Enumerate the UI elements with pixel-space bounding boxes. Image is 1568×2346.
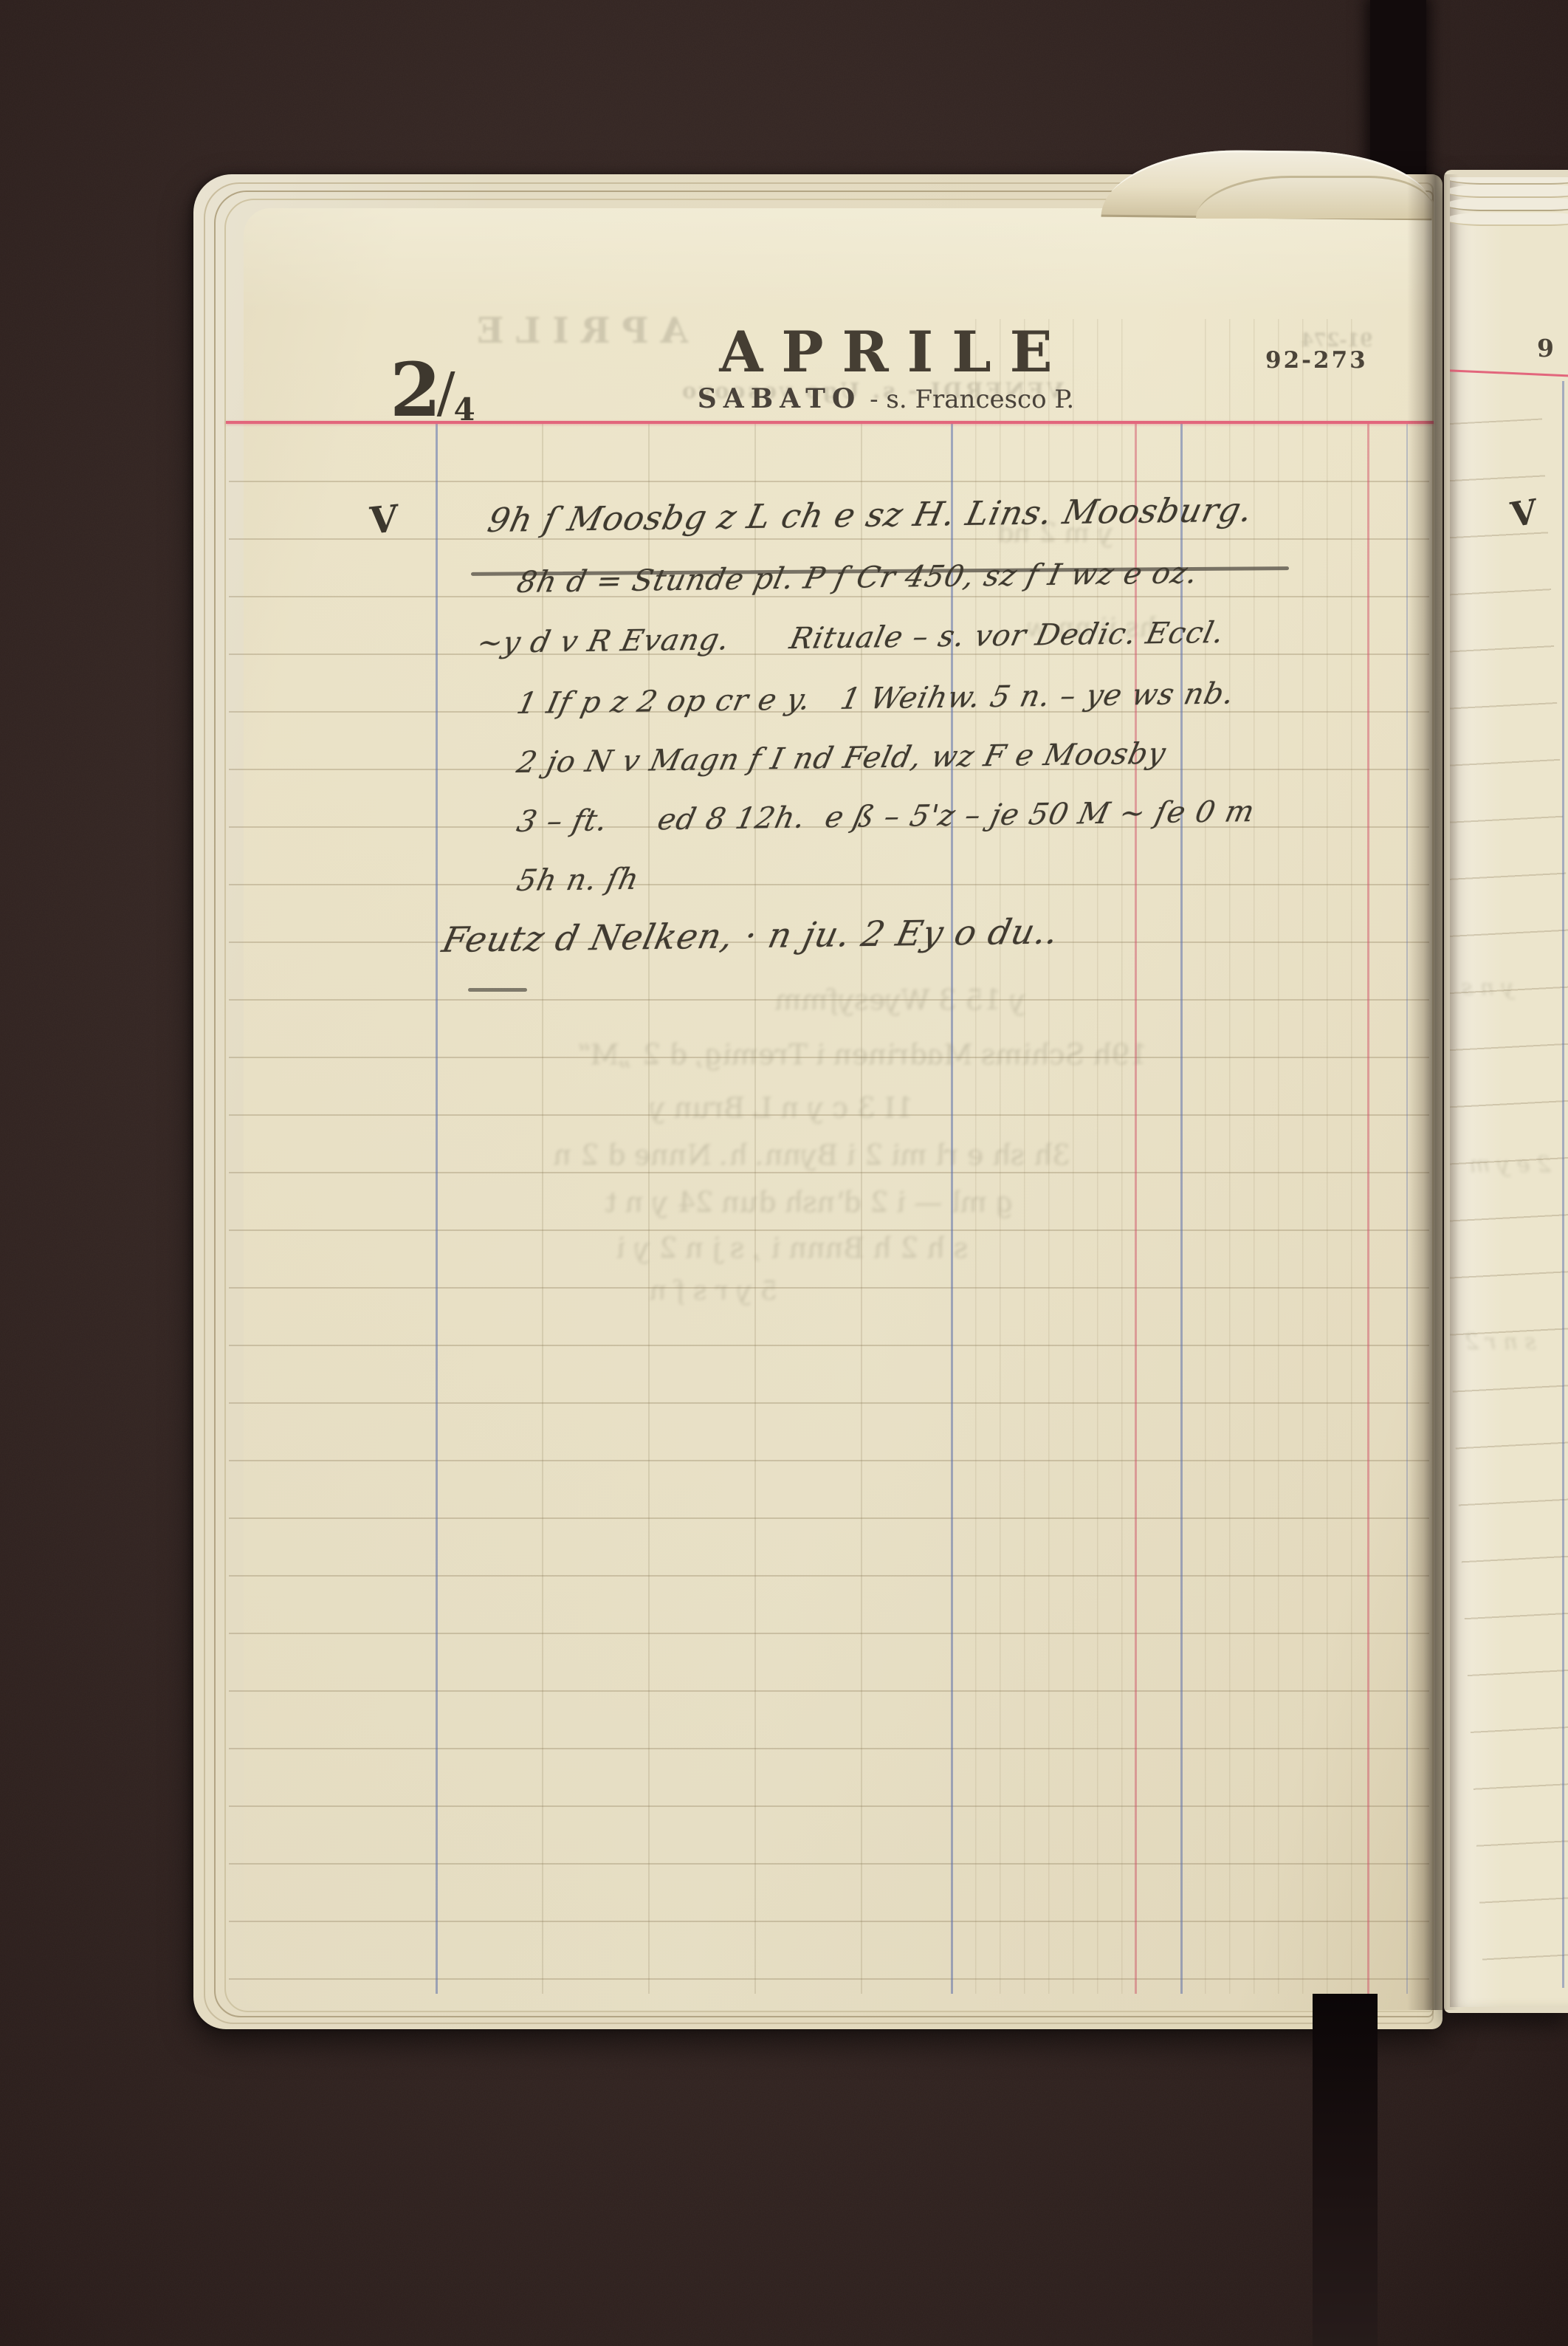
column-line (754, 424, 756, 1994)
bleedthrough-weekday: VENERDI - s. Ugo vescovo (679, 378, 1064, 403)
bleedthrough-handwriting: 3h sh e rl mi 2 i Bynn. h. Nnne d 2 n (550, 1139, 1073, 1171)
handwriting-line: 1 If p z 2 op cr e y. 1 Weihw. 5 n. – ye… (514, 676, 1238, 721)
bleedthrough-handwriting: s h 2 h Bnnn i , s j n 2 y i (613, 1232, 972, 1264)
weekday-label: SABATO (698, 383, 862, 414)
column-line (861, 424, 862, 1994)
diary-page-right-sliver: 9 V y n s 2 e y m s n r 2 (1450, 177, 1568, 2007)
gutter-crease-shadow (1407, 174, 1459, 2010)
month-title: APRILE (627, 319, 1144, 385)
curled-page-edge (1450, 213, 1568, 226)
bleedthrough-handwriting: 5 y r s f n (647, 1276, 780, 1306)
separator: - (862, 385, 886, 414)
bleedthrough-handwriting: s n r 2 (1465, 1329, 1536, 1355)
handwriting-line: 5h n. ſh (514, 862, 642, 898)
money-subcolumn-ruling (975, 319, 1136, 1994)
day-number-numerator: 2 (390, 346, 440, 433)
curled-page-edge (1450, 198, 1568, 211)
horizontal-ruling (229, 481, 1429, 1999)
diary-page-left: APRILE VENERDI - s. Ugo vescovo 91-274 A… (244, 208, 1432, 2010)
saint-name: s. Francesco P. (886, 385, 1074, 414)
bleedthrough-handwriting: g ml — i 2 d'nsh dun 24 y n t (602, 1186, 1017, 1218)
header-rule-red (1450, 369, 1568, 377)
spine-shadow-top (1370, 0, 1426, 186)
curled-page-edge (1450, 177, 1568, 185)
footnote-underline (468, 988, 527, 992)
handwriting-line: 2 jo N v Magn f I nd Feld, wz F e Moosby (514, 737, 1169, 780)
page-code: 92-273 (1265, 347, 1368, 374)
column-line-blue (1180, 424, 1183, 1994)
column-line (648, 424, 650, 1994)
handwriting-footnote: Feutz d Nelken, · n ju. 2 Ey o du‥ (439, 911, 1063, 961)
bleedthrough-handwriting: 2 e y m (1469, 1152, 1551, 1178)
bleedthrough-pagecode: 91-274 (1301, 329, 1372, 351)
money-subcolumn-ruling (1205, 319, 1366, 1994)
handwriting-line: 9h ſ Moosbg z L ch e sz H. Lins. Moosbur… (484, 490, 1256, 540)
handwriting-line: 8h d = Stunde pl. P ſ Cr 450, sz f I wz … (514, 556, 1201, 600)
horizontal-ruling (1450, 418, 1568, 1974)
bleedthrough-handwriting: y n s (1462, 975, 1514, 1001)
header-rule-red (226, 421, 1434, 424)
page-code-partial: 9 (1537, 334, 1555, 363)
weekday-saint-line: SABATO - s. Francesco P. (591, 383, 1181, 414)
handwriting-line: 3 – ft. ed 8 12h. e ß – 5'z – je 50 M ~ … (514, 795, 1258, 839)
column-line-red (1135, 424, 1137, 1994)
entry-checkmark: V (369, 496, 398, 543)
day-number-denominator: 4 (454, 391, 475, 428)
bleedthrough-handwriting: 1I 3 c y n L Brun y (646, 1091, 916, 1124)
column-line-blue (1562, 381, 1564, 1988)
column-line-blue (951, 424, 953, 1994)
margin-line-blue (436, 424, 438, 1994)
column-line (542, 424, 543, 1994)
bleedthrough-handwriting: y 15 3 Wyesyfmm (771, 984, 1029, 1016)
bleedthrough-handwriting: 19h Schims Madrinen i Tremig, d 2 „M“ (572, 1038, 1150, 1071)
entry-checkmark: V (1509, 491, 1538, 535)
curled-page-edge (1450, 185, 1568, 198)
spine-shadow-bottom (1313, 1994, 1378, 2346)
bleedthrough-handwriting: y m 2 nd (994, 518, 1117, 549)
handwriting-underline (471, 566, 1289, 576)
day-number: 2/4 (390, 360, 480, 429)
bleedthrough-handwriting: hs ij nn w (1023, 613, 1160, 643)
handwriting-line: ~y d v R Evang. Rituale – s. vor Dedic. … (474, 616, 1228, 660)
diary-scan: APRILE VENERDI - s. Ugo vescovo 91-274 A… (0, 0, 1568, 2346)
column-line-red (1367, 424, 1369, 1994)
day-number-slash: / (437, 361, 455, 425)
bleedthrough-month: APRILE (465, 310, 688, 351)
